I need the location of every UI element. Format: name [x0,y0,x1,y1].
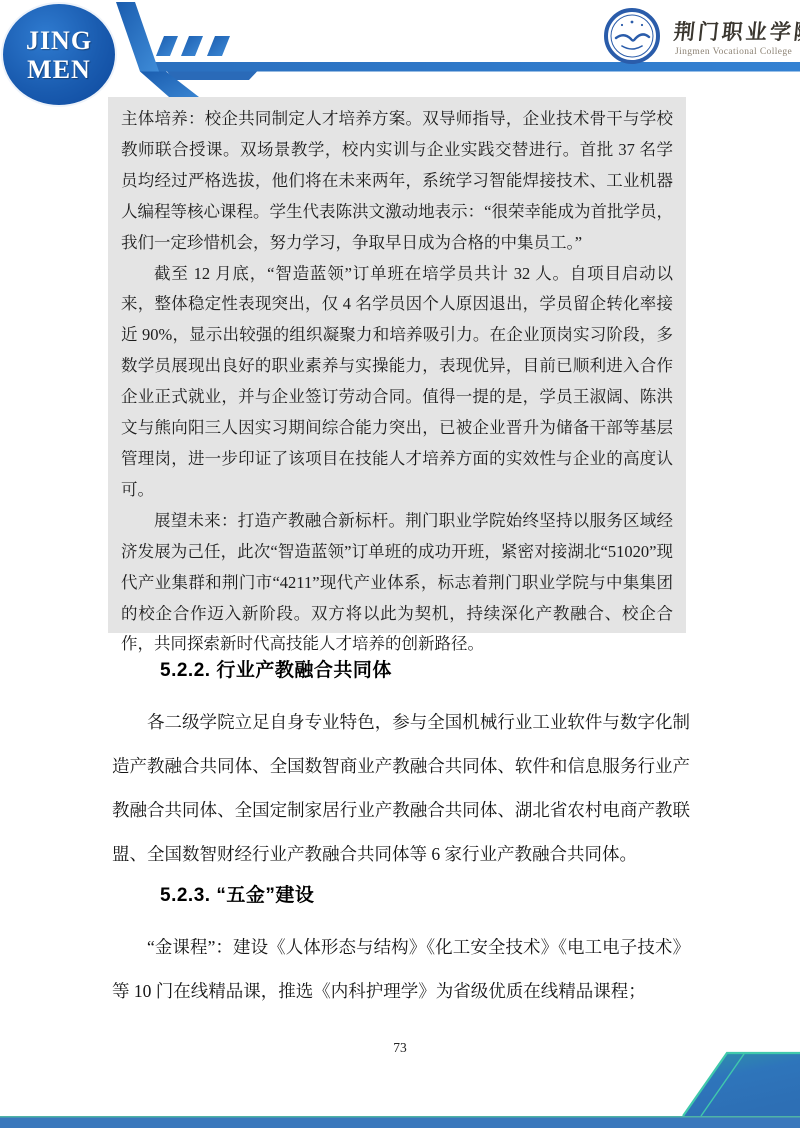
footer-bar [0,1118,800,1129]
box-paragraph-3: 展望未来：打造产教融合新标杆。荆门职业学院始终坚持以服务区域经济发展为己任，此次… [121,506,673,661]
college-name-zh: 荆门职业学院 [672,16,800,46]
badge-text-jing: JING [26,26,92,55]
badge-text-men: MEN [27,55,91,84]
document-page: JING MEN 荆门职业学院 Jingmen Vocational Colle… [0,0,800,1131]
section-5-2-3-paragraph: “金课程”：建设《人体形态与结构》《化工安全技术》《电工电子技术》等 10 门在… [112,925,690,1013]
college-name-en: Jingmen Vocational College [675,47,800,57]
footer-decoration [0,1045,800,1131]
jingmen-badge: JING MEN [3,4,115,105]
highlight-text-box: 主体培养：校企共同制定人才培养方案。双导师指导，企业技术骨干与学校教师联合授课。… [108,97,686,633]
college-logo: 荆门职业学院 Jingmen Vocational College [604,6,800,64]
footer-trapezoid [683,1053,800,1116]
box-paragraph-1: 主体培养：校企共同制定人才培养方案。双导师指导，企业技术骨干与学校教师联合授课。… [121,104,673,259]
box-paragraph-2: 截至 12 月底，“智造蓝领”订单班在培学员共计 32 人。自项目启动以来，整体… [121,259,673,506]
section-heading-5-2-3: 5.2.3. “五金”建设 [160,880,680,907]
college-seal-icon [604,8,660,64]
section-5-2-2-paragraph: 各二级学院立足自身专业特色，参与全国机械行业工业软件与数字化制造产教融合共同体、… [112,700,690,876]
